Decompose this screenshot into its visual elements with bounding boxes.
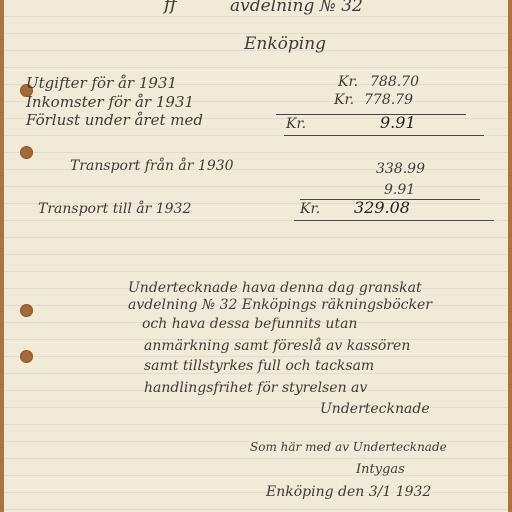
transport-amount: 9.91 xyxy=(384,182,415,198)
transport-amount: 338.99 xyxy=(376,161,425,177)
total-rule xyxy=(284,135,484,136)
ledger-amount: 788.70 xyxy=(370,74,419,90)
statement-line: handlingsfrihet för styrelsen av xyxy=(144,380,367,396)
statement-line: Undertecknade hava denna dag granskat xyxy=(128,280,422,296)
statement-line: samt tillstyrkes full och tacksam xyxy=(144,358,374,374)
statement-line: och hava dessa befunnits utan xyxy=(142,316,357,332)
ledger-amount: 778.79 xyxy=(364,92,413,108)
attestation-line: Intygas xyxy=(356,462,405,477)
ledger-label: Utgifter för år 1931 xyxy=(26,74,177,92)
ledger-currency: Kr. xyxy=(334,92,354,108)
ledger-currency: Kr. xyxy=(338,74,358,90)
total-rule xyxy=(294,220,494,221)
transport-label: Transport från år 1930 xyxy=(70,158,234,174)
sum-rule xyxy=(276,114,466,115)
ledger-page: ff avdelning № 32 Enköping Utgifter för … xyxy=(4,0,508,512)
ledger-label: Förlust under året med xyxy=(26,111,203,129)
statement-line: anmärkning samt föreslå av kassören xyxy=(144,338,410,354)
ledger-currency: Kr. xyxy=(286,116,306,132)
transport-amount: 329.08 xyxy=(354,198,410,217)
place-heading: Enköping xyxy=(244,34,326,54)
transport-label: Transport till år 1932 xyxy=(38,201,191,217)
statement-line: avdelning № 32 Enköpings räkningsböcker xyxy=(128,297,432,313)
punch-hole xyxy=(20,146,33,159)
header-line: avdelning № 32 xyxy=(230,0,363,16)
transport-currency: Kr. xyxy=(300,201,320,217)
punch-hole xyxy=(20,304,33,317)
statement-signoff: Undertecknade xyxy=(320,401,430,417)
header-fragment: ff xyxy=(164,0,177,15)
punch-hole xyxy=(20,350,33,363)
ledger-amount: 9.91 xyxy=(380,113,416,132)
ledger-label: Inkomster för år 1931 xyxy=(26,93,194,111)
place-date: Enköping den 3/1 1932 xyxy=(266,484,431,500)
attestation-line: Som här med av Undertecknade xyxy=(250,440,447,454)
